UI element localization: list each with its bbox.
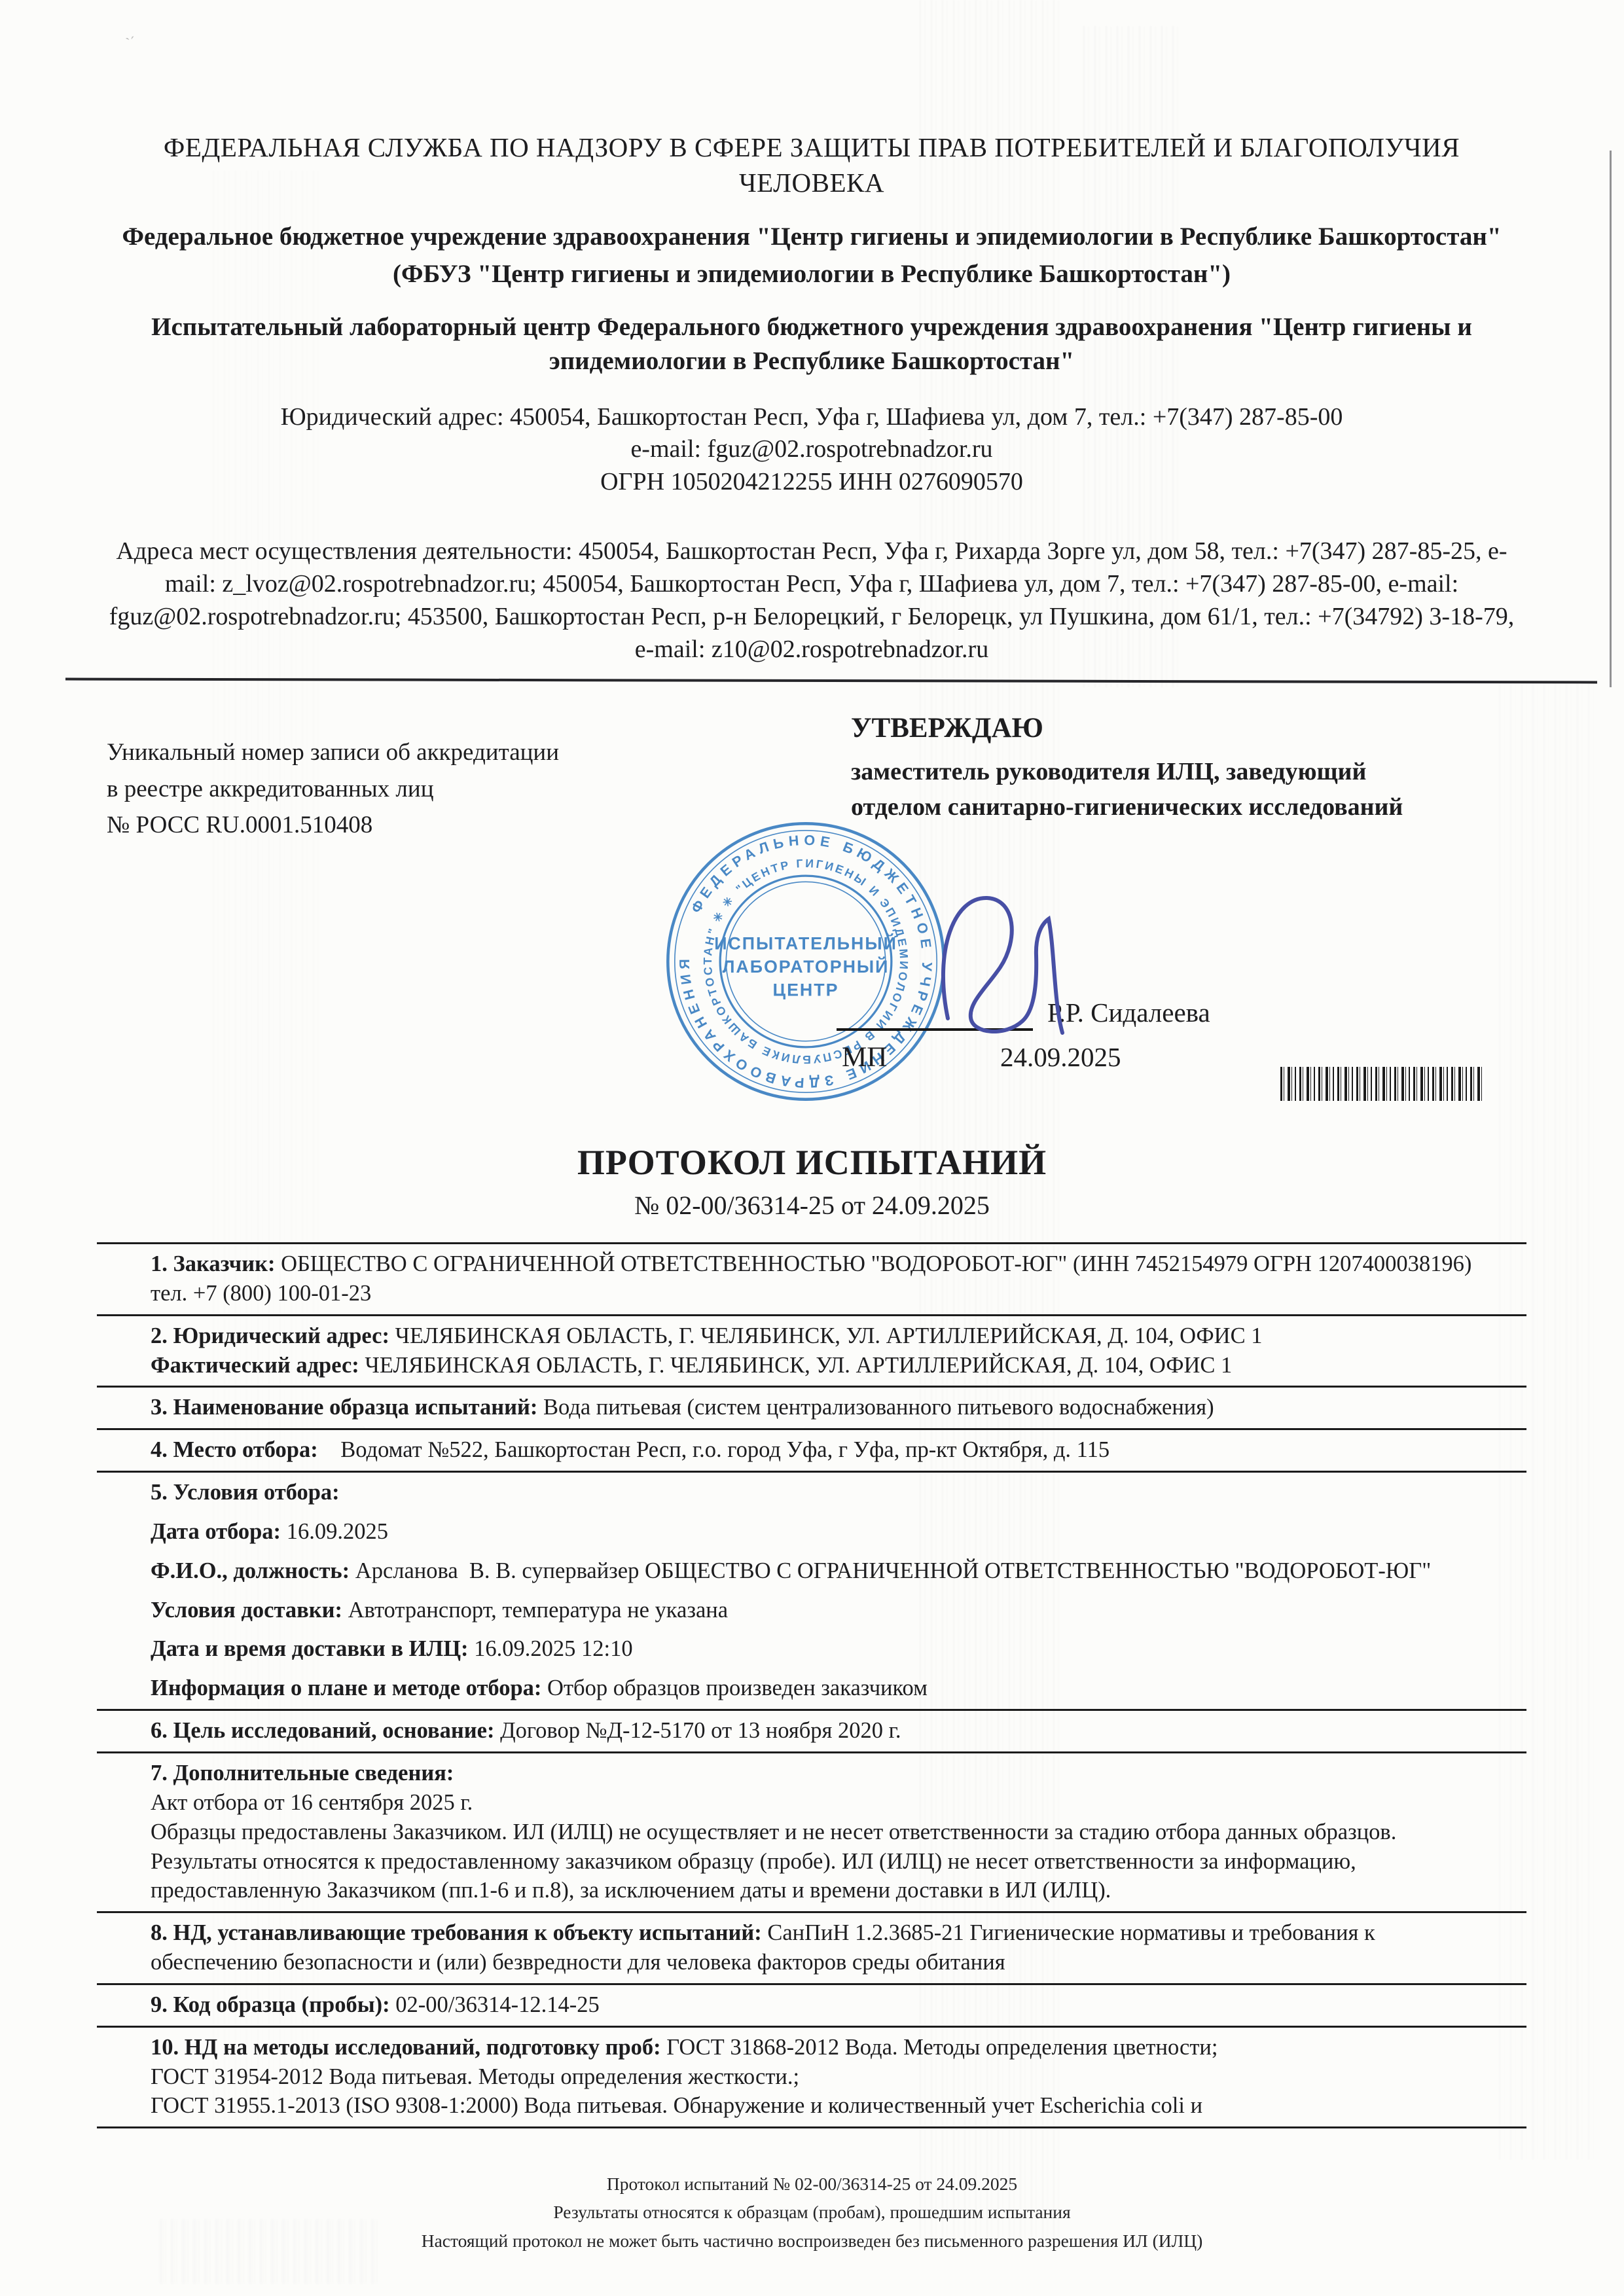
field-label: 7. Дополнительные сведения:	[151, 1761, 454, 1785]
ogrn-inn-line: ОГРН 1050204212255 ИНН 0276090570	[108, 466, 1515, 498]
field-value: 16.09.2025 12:10	[469, 1636, 633, 1661]
section-8: 8. НД, устанавливающие требования к объе…	[97, 1911, 1526, 1983]
section-line: Акт отбора от 16 сентября 2025 г.	[151, 1788, 1487, 1818]
section-line: Фактический адрес: ЧЕЛЯБИНСКАЯ ОБЛАСТЬ, …	[151, 1351, 1487, 1380]
field-label: 5. Условия отбора:	[151, 1480, 340, 1505]
field-label: 10. НД на методы исследований, подготовк…	[151, 2035, 661, 2060]
lab-center-name: Испытательный лабораторный центр Федерал…	[108, 310, 1515, 379]
section-line: Информация о плане и методе отбора: Отбо…	[151, 1674, 1487, 1703]
section-line: 10. НД на методы исследований, подготовк…	[151, 2033, 1487, 2062]
section-line: ГОСТ 31954-2012 Вода питьевая. Методы оп…	[151, 2062, 1487, 2092]
field-value: Договор №Д-12-5170 от 13 ноября 2020 г.	[494, 1718, 901, 1743]
accreditation-line: в реестре аккредитованных лиц	[107, 771, 657, 808]
field-label: Условия доставки:	[151, 1598, 342, 1623]
section-line: 7. Дополнительные сведения:	[151, 1759, 1487, 1788]
section-line: Дата и время доставки в ИЛЦ: 16.09.2025 …	[151, 1634, 1487, 1664]
field-value: ЧЕЛЯБИНСКАЯ ОБЛАСТЬ, Г. ЧЕЛЯБИНСК, УЛ. А…	[389, 1323, 1263, 1348]
section-line: 6. Цель исследований, основание: Договор…	[151, 1716, 1487, 1746]
approver-position-line1: заместитель руководителя ИЛЦ, заведующий	[851, 755, 1578, 790]
accreditation-number: № РОСС RU.0001.510408	[107, 807, 657, 844]
field-label: 3. Наименование образца испытаний:	[151, 1395, 537, 1420]
field-value: Вода питьевая (систем централизованного …	[537, 1395, 1214, 1420]
field-label: 1. Заказчик:	[151, 1251, 275, 1276]
organization-full-name: Федеральное бюджетное учреждение здравоо…	[108, 220, 1515, 255]
activity-addresses: Адреса мест осуществления деятельности: …	[108, 535, 1515, 666]
section-5: 5. Условия отбора:Дата отбора: 16.09.202…	[97, 1471, 1526, 1709]
field-label: 6. Цель исследований, основание:	[151, 1718, 494, 1743]
section-line: 8. НД, устанавливающие требования к объе…	[151, 1918, 1487, 1977]
page-footer: Протокол испытаний № 02-00/36314-25 от 2…	[0, 2170, 1624, 2255]
section-line: Ф.И.О., должность: Арсланова В. В. супер…	[151, 1556, 1487, 1586]
footer-copy-note: Настоящий протокол не может быть частичн…	[0, 2227, 1624, 2255]
field-label: Информация о плане и методе отбора:	[151, 1676, 541, 1700]
pen-mark: `´	[124, 33, 138, 52]
approval-date: 24.09.2025	[1000, 1041, 1121, 1073]
approval-title: УТВЕРЖДАЮ	[851, 712, 1578, 744]
section-line: 4. Место отбора: Водомат №522, Башкортос…	[151, 1435, 1487, 1465]
field-value: Арсланова В. В. супервайзер ОБЩЕСТВО С О…	[350, 1558, 1431, 1583]
organization-short-name: (ФБУЗ "Центр гигиены и эпидемиологии в Р…	[108, 257, 1515, 292]
section-line: Дата отбора: 16.09.2025	[151, 1517, 1487, 1547]
accreditation-block: Уникальный номер записи об аккредитации …	[107, 734, 657, 844]
section-7: 7. Дополнительные сведения:Акт отбора от…	[97, 1751, 1526, 1911]
section-10: 10. НД на методы исследований, подготовк…	[97, 2026, 1526, 2129]
field-value: 16.09.2025	[281, 1519, 388, 1544]
section-line: Условия доставки: Автотранспорт, темпера…	[151, 1596, 1487, 1625]
section-4: 4. Место отбора: Водомат №522, Башкортос…	[97, 1428, 1526, 1471]
field-value: 02-00/36314-12.14-25	[390, 1992, 600, 2017]
section-line: 2. Юридический адрес: ЧЕЛЯБИНСКАЯ ОБЛАСТ…	[151, 1321, 1487, 1351]
footer-protocol-ref: Протокол испытаний № 02-00/36314-25 от 2…	[0, 2170, 1624, 2198]
section-2: 2. Юридический адрес: ЧЕЛЯБИНСКАЯ ОБЛАСТ…	[97, 1314, 1526, 1386]
field-value: ЧЕЛЯБИНСКАЯ ОБЛАСТЬ, Г. ЧЕЛЯБИНСК, УЛ. А…	[359, 1353, 1233, 1378]
approver-position-line2: отделом санитарно-гигиенических исследов…	[851, 790, 1578, 825]
footer-results-note: Результаты относятся к образцам (пробам)…	[0, 2198, 1624, 2226]
field-label: 8. НД, устанавливающие требования к объе…	[151, 1920, 762, 1945]
section-line: 5. Условия отбора:	[151, 1478, 1487, 1507]
field-label: Дата и время доставки в ИЛЦ:	[151, 1636, 469, 1661]
section-line: 9. Код образца (пробы): 02-00/36314-12.1…	[151, 1990, 1487, 2020]
field-value: ГОСТ 31955.1-2013 (ISO 9308-1:2000) Вода…	[151, 2093, 1202, 2118]
section-1: 1. Заказчик: ОБЩЕСТВО С ОГРАНИЧЕННОЙ ОТВ…	[97, 1242, 1526, 1314]
field-label: Фактический адрес:	[151, 1353, 359, 1378]
protocol-sections: 1. Заказчик: ОБЩЕСТВО С ОГРАНИЧЕННОЙ ОТВ…	[97, 1242, 1526, 2128]
document-number-date: № 02-00/36314-25 от 24.09.2025	[0, 1190, 1624, 1221]
field-label: 4. Место отбора:	[151, 1437, 318, 1462]
section-line: Образцы предоставлены Заказчиком. ИЛ (ИЛ…	[151, 1818, 1487, 1906]
field-value: ГОСТ 31868-2012 Вода. Методы определения…	[661, 2035, 1218, 2060]
handwritten-signature	[929, 888, 1093, 1035]
section-9: 9. Код образца (пробы): 02-00/36314-12.1…	[97, 1983, 1526, 2026]
approval-block: УТВЕРЖДАЮ заместитель руководителя ИЛЦ, …	[851, 712, 1578, 1074]
header-divider-rule	[65, 678, 1597, 684]
section-6: 6. Цель исследований, основание: Договор…	[97, 1709, 1526, 1751]
federal-service-line: ФЕДЕРАЛЬНАЯ СЛУЖБА ПО НАДЗОРУ В СФЕРЕ ЗА…	[108, 130, 1515, 200]
section-3: 3. Наименование образца испытаний: Вода …	[97, 1386, 1526, 1428]
section-line: ГОСТ 31955.1-2013 (ISO 9308-1:2000) Вода…	[151, 2091, 1487, 2121]
email-line: e-mail: fguz@02.rospotrebnadzor.ru	[108, 433, 1515, 465]
document-header: ФЕДЕРАЛЬНАЯ СЛУЖБА ПО НАДЗОРУ В СФЕРЕ ЗА…	[108, 130, 1515, 666]
stamp-place-label: МП	[842, 1041, 887, 1073]
section-line: 1. Заказчик: ОБЩЕСТВО С ОГРАНИЧЕННОЙ ОТВ…	[151, 1249, 1487, 1308]
document-title: ПРОТОКОЛ ИСПЫТАНИЙ	[0, 1142, 1624, 1183]
field-value: ОБЩЕСТВО С ОГРАНИЧЕННОЙ ОТВЕТСТВЕННОСТЬЮ…	[151, 1251, 1471, 1306]
stamp-center-line3: ЦЕНТР	[773, 980, 839, 999]
field-value: ГОСТ 31954-2012 Вода питьевая. Методы оп…	[151, 2064, 799, 2089]
accreditation-line: Уникальный номер записи об аккредитации	[107, 734, 657, 771]
scan-edge-line	[1610, 151, 1612, 687]
field-value: Отбор образцов произведен заказчиком	[541, 1676, 928, 1700]
field-value: Образцы предоставлены Заказчиком. ИЛ (ИЛ…	[151, 1820, 1396, 1903]
field-label: Дата отбора:	[151, 1519, 281, 1544]
field-label: 9. Код образца (пробы):	[151, 1992, 390, 2017]
field-label: 2. Юридический адрес:	[151, 1323, 389, 1348]
field-label: Ф.И.О., должность:	[151, 1558, 350, 1583]
section-line: 3. Наименование образца испытаний: Вода …	[151, 1393, 1487, 1422]
signature-zone: Р.Р. Сидалеева МП 24.09.2025	[851, 825, 1578, 1074]
field-value: Акт отбора от 16 сентября 2025 г.	[151, 1790, 473, 1815]
field-value: Автотранспорт, температура не указана	[342, 1598, 728, 1623]
legal-address: Юридический адрес: 450054, Башкортостан …	[108, 401, 1515, 433]
field-value: Водомат №522, Башкортостан Респ, г.о. го…	[318, 1437, 1110, 1462]
